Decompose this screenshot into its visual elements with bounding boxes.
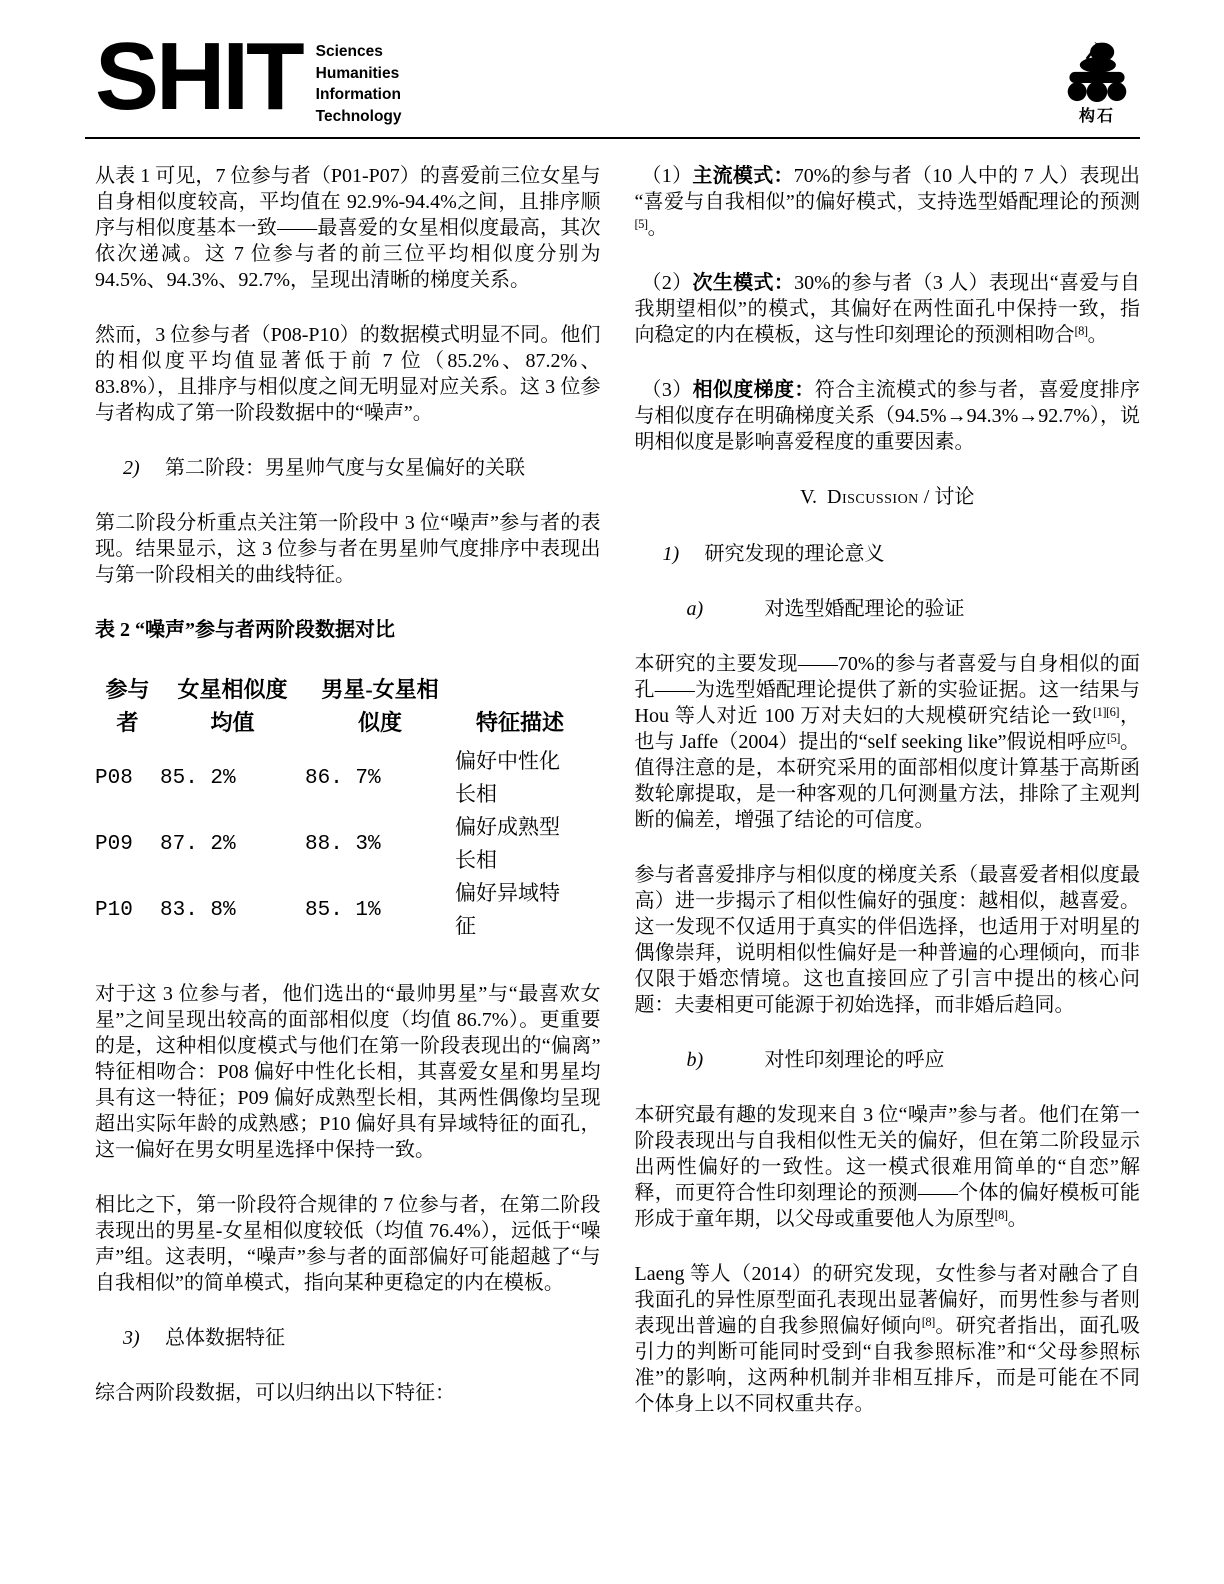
table-cell: 偏好成熟型长相: [455, 811, 585, 877]
column-header: 女星相似度均值: [160, 659, 305, 745]
table-cell: 87. 2%: [160, 811, 305, 877]
section-heading-discussion: V. Discussion / 讨论: [635, 484, 1141, 510]
journal-logo: SHIT: [95, 38, 302, 116]
paragraph: （2）次生模式：30%的参与者（3 人）表现出“喜爱与自我期望相似”的模式，其偏…: [635, 270, 1141, 348]
paragraph: 对于这 3 位参与者，他们选出的“最帅男星”与“最喜欢女星”之间呈现出较高的面部…: [95, 981, 601, 1163]
paragraph: 参与者喜爱排序与相似度的梯度关系（最喜爱者相似度最高）进一步揭示了相似性偏好的强…: [635, 862, 1141, 1018]
heading-number: 1): [663, 541, 705, 567]
paragraph: 综合两阶段数据，可以归纳出以下特征：: [95, 1380, 601, 1406]
table-cell: P09: [95, 811, 160, 877]
journal-logo-block: SHIT Sciences Humanities Information Tec…: [95, 38, 402, 127]
table-row: P10 83. 8% 85. 1% 偏好异域特征: [95, 877, 585, 943]
heading-text: 研究发现的理论意义: [705, 543, 885, 565]
heading-text: 对选型婚配理论的验证: [765, 598, 965, 620]
heading-number: 2): [123, 455, 165, 481]
subsection-heading-theory: 1)研究发现的理论意义: [635, 541, 1141, 567]
table-cell: P10: [95, 877, 160, 943]
stone-pile-icon: [1058, 40, 1136, 102]
subsubsection-heading-imprinting: b)对性印刻理论的呼应: [635, 1047, 1141, 1073]
table-cell: P08: [95, 745, 160, 811]
heading-number: b): [687, 1047, 765, 1073]
heading-text: 对性印刻理论的呼应: [765, 1049, 945, 1071]
article-body: 从表 1 可见，7 位参与者（P01-P07）的喜爱前三位女星与自身相似度较高，…: [0, 139, 1224, 1506]
column-header: 特征描述: [455, 659, 585, 745]
table-cell: 83. 8%: [160, 877, 305, 943]
journal-tagline: Sciences Humanities Information Technolo…: [316, 38, 402, 127]
tagline-line: Information: [316, 84, 402, 106]
table-row: P08 85. 2% 86. 7% 偏好中性化长相: [95, 745, 585, 811]
page-header: SHIT Sciences Humanities Information Tec…: [0, 0, 1224, 127]
left-column: 从表 1 可见，7 位参与者（P01-P07）的喜爱前三位女星与自身相似度较高，…: [95, 163, 601, 1446]
table-cell: 85. 1%: [305, 877, 455, 943]
subsection-heading-overall: 3)总体数据特征: [95, 1325, 601, 1351]
subsubsection-heading-assortative: a)对选型婚配理论的验证: [635, 596, 1141, 622]
paragraph: （1）主流模式：70%的参与者（10 人中的 7 人）表现出“喜爱与自我相似”的…: [635, 163, 1141, 241]
paragraph: 相比之下，第一阶段符合规律的 7 位参与者，在第二阶段表现出的男星-女星相似度较…: [95, 1192, 601, 1296]
table-2: 参与者 女星相似度均值 男星-女星相似度 特征描述 P08 85. 2% 86.…: [95, 659, 585, 943]
paragraph: 然而，3 位参与者（P08-P10）的数据模式明显不同。他们的相似度平均值显著低…: [95, 322, 601, 426]
table-row: P09 87. 2% 88. 3% 偏好成熟型长相: [95, 811, 585, 877]
tagline-line: Sciences: [316, 41, 402, 63]
publisher-name: 构石: [1079, 103, 1115, 126]
tagline-line: Technology: [316, 106, 402, 128]
heading-number: a): [687, 596, 765, 622]
column-header: 参与者: [95, 659, 160, 745]
heading-text: 第二阶段：男星帅气度与女星偏好的关联: [165, 457, 525, 479]
tagline-line: Humanities: [316, 63, 402, 85]
table-caption: 表 2 “噪声”参与者两阶段数据对比: [95, 617, 601, 643]
heading-text: 总体数据特征: [165, 1327, 285, 1349]
table-header-row: 参与者 女星相似度均值 男星-女星相似度 特征描述: [95, 659, 585, 745]
paragraph: 第二阶段分析重点关注第一阶段中 3 位“噪声”参与者的表现。结果显示，这 3 位…: [95, 510, 601, 588]
document-page: SHIT Sciences Humanities Information Tec…: [0, 0, 1224, 1584]
right-column: （1）主流模式：70%的参与者（10 人中的 7 人）表现出“喜爱与自我相似”的…: [635, 163, 1141, 1446]
table-cell: 偏好中性化长相: [455, 745, 585, 811]
heading-number: 3): [123, 1325, 165, 1351]
paragraph: 从表 1 可见，7 位参与者（P01-P07）的喜爱前三位女星与自身相似度较高，…: [95, 163, 601, 293]
table-cell: 偏好异域特征: [455, 877, 585, 943]
publisher-mark: 构石: [1054, 40, 1140, 126]
paragraph: 本研究最有趣的发现来自 3 位“噪声”参与者。他们在第一阶段表现出与自我相似性无…: [635, 1102, 1141, 1232]
subsection-heading-phase2: 2)第二阶段：男星帅气度与女星偏好的关联: [95, 455, 601, 481]
table-cell: 86. 7%: [305, 745, 455, 811]
paragraph: Laeng 等人（2014）的研究发现，女性参与者对融合了自我面孔的异性原型面孔…: [635, 1261, 1141, 1417]
table-cell: 85. 2%: [160, 745, 305, 811]
table-cell: 88. 3%: [305, 811, 455, 877]
paragraph: 本研究的主要发现——70%的参与者喜爱与自身相似的面孔——为选型婚配理论提供了新…: [635, 651, 1141, 833]
paragraph: （3）相似度梯度：符合主流模式的参与者，喜爱度排序与相似度存在明确梯度关系（94…: [635, 377, 1141, 455]
column-header: 男星-女星相似度: [305, 659, 455, 745]
